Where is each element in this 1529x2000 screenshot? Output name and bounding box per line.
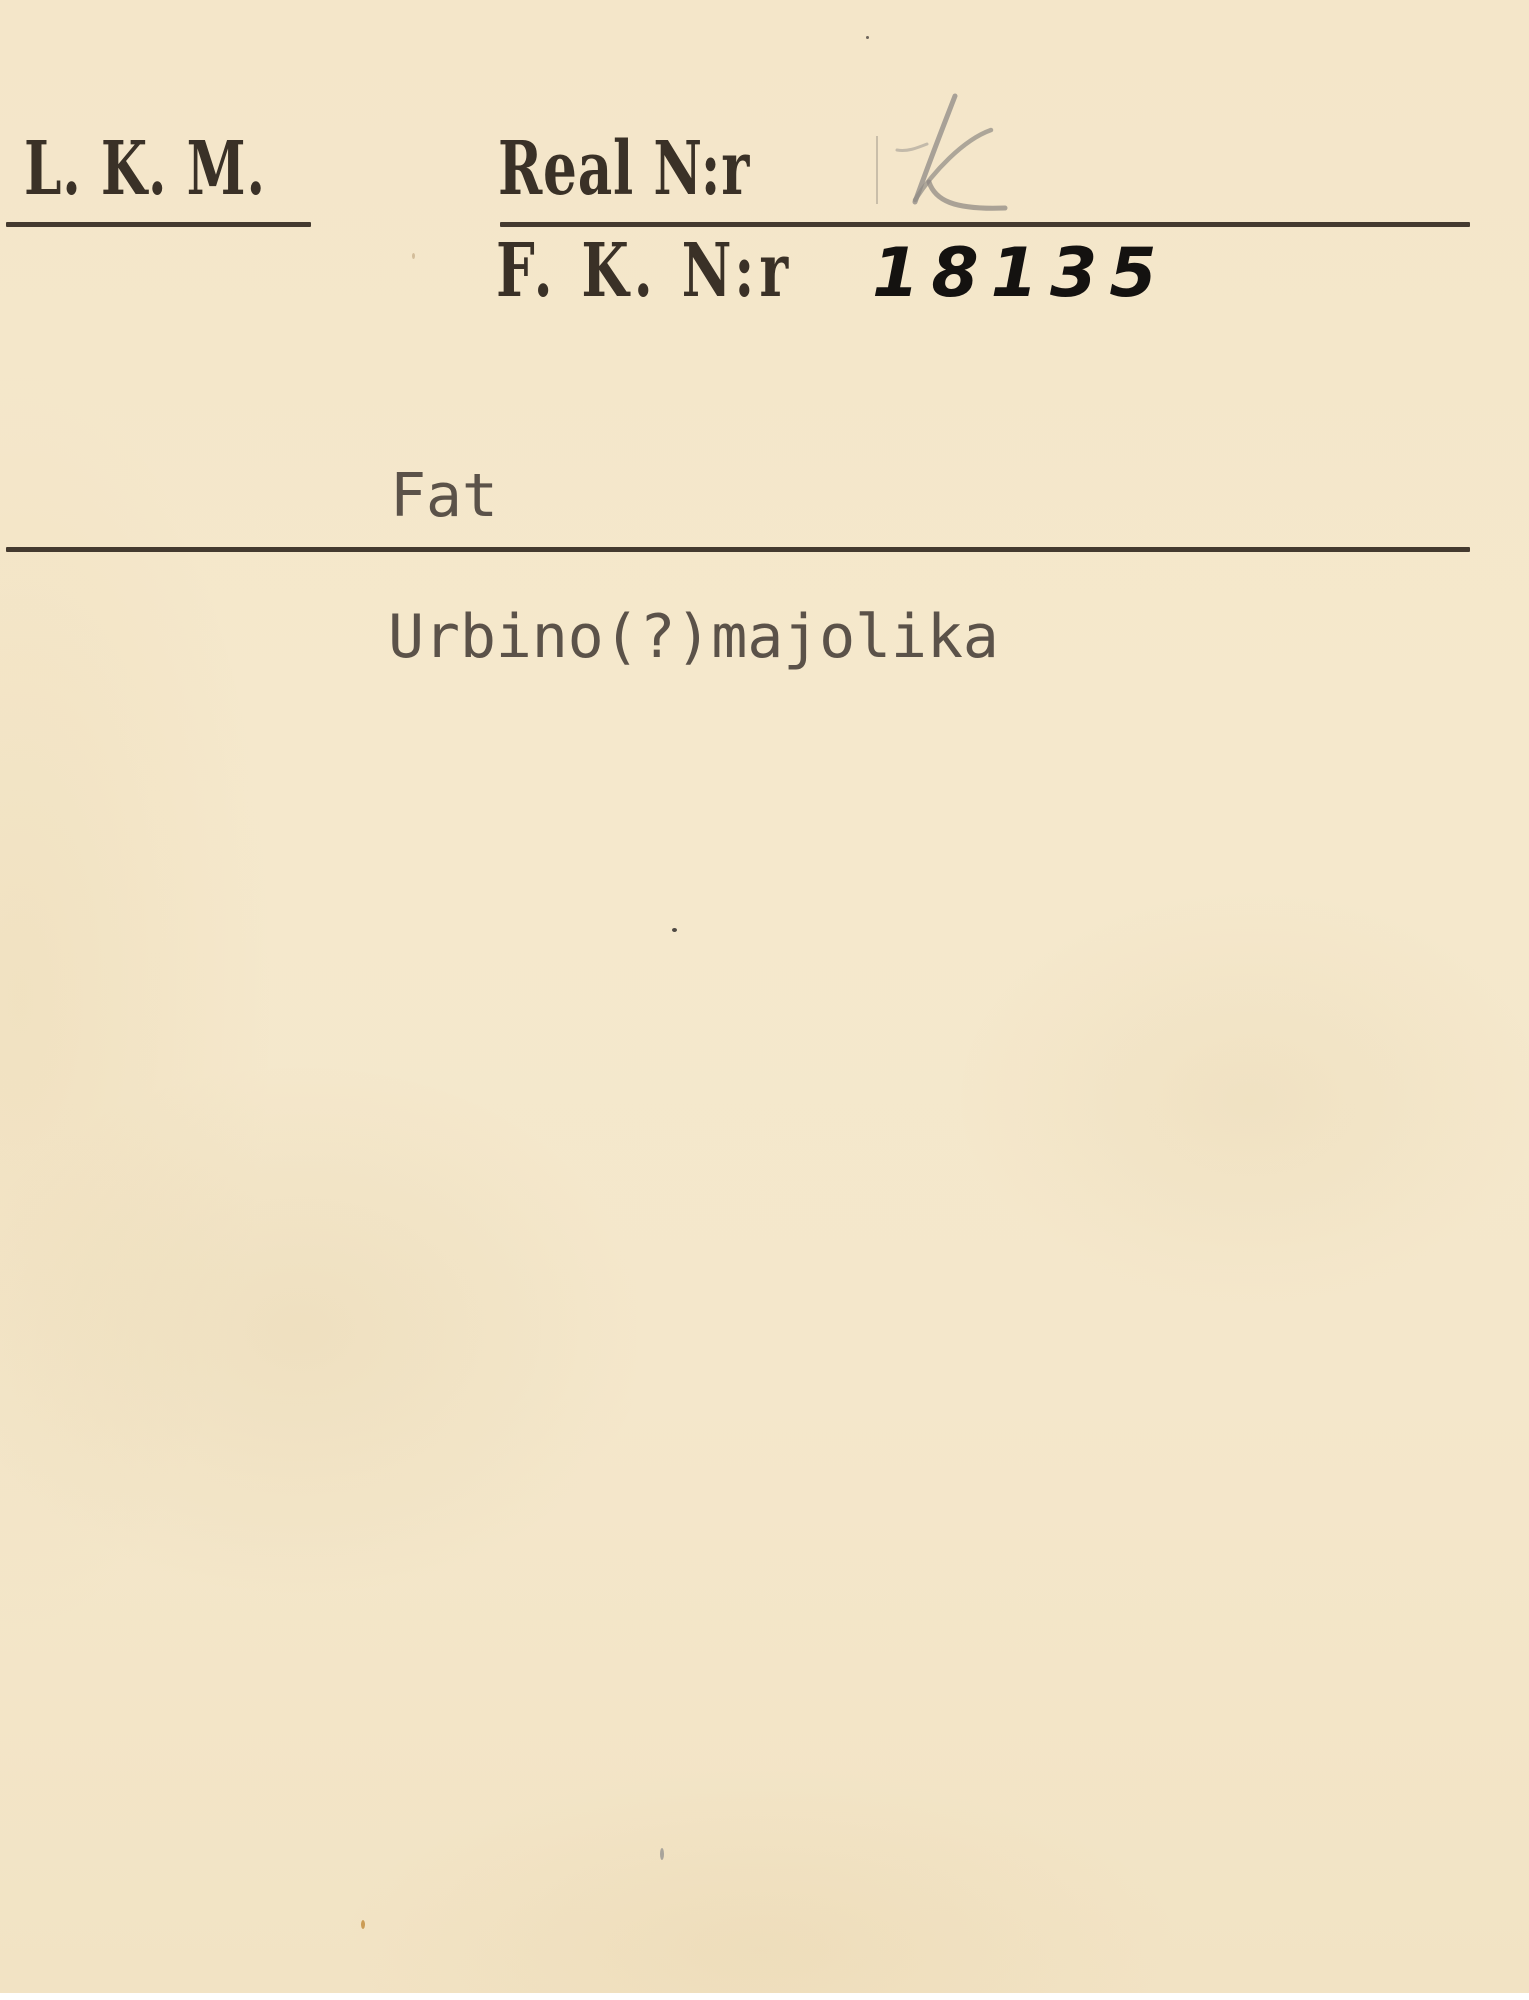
real-number-pencil-value: k xyxy=(893,92,1013,217)
paper-speck xyxy=(672,928,677,932)
pencil-stroke-mark xyxy=(876,136,878,204)
fk-number-value: 18135 xyxy=(872,240,1169,308)
paper-speck xyxy=(361,1920,365,1929)
paper-speck xyxy=(412,253,415,259)
museum-underline-divider xyxy=(6,222,311,227)
object-name: Fat xyxy=(390,466,498,526)
catalog-card: L. K. M. Real N:r k F. K. N:r 18135 Fat … xyxy=(0,0,1529,1993)
fk-number-label: F. K. N:r xyxy=(496,234,793,308)
paper-speck xyxy=(866,36,869,39)
pencil-k-icon xyxy=(893,92,1013,217)
real-number-label: Real N:r xyxy=(498,132,750,206)
real-number-divider xyxy=(500,222,1470,227)
object-description: Urbino(?)majolika xyxy=(388,607,999,667)
object-name-divider xyxy=(6,547,1470,552)
paper-speck xyxy=(660,1848,664,1860)
museum-abbreviation: L. K. M. xyxy=(24,132,266,206)
